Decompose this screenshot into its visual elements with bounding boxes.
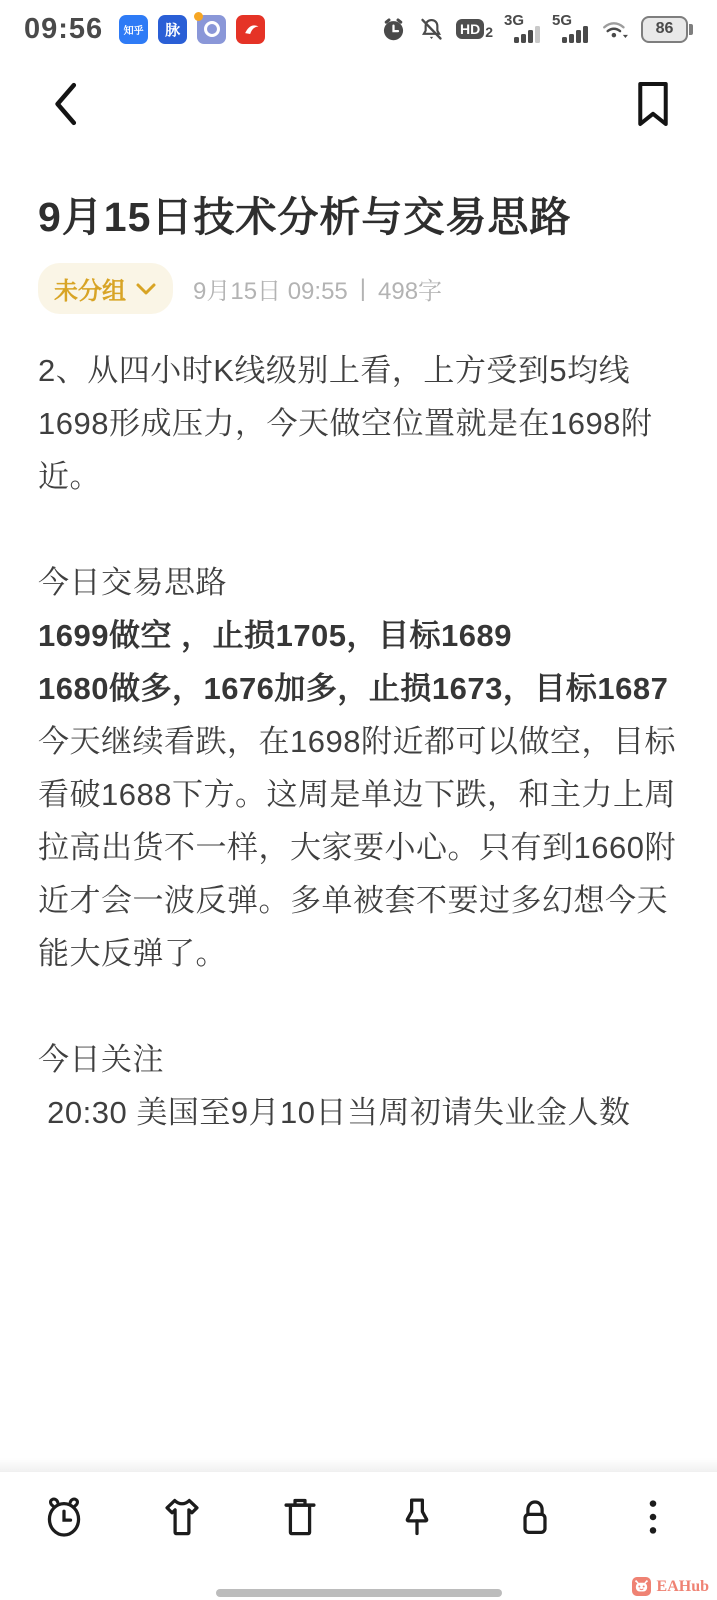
swoosh-glyph [241,19,261,39]
battery-level: 86 [641,16,688,43]
q-glyph [204,21,220,37]
pin-note-button[interactable] [393,1493,441,1541]
bottom-toolbar [0,1472,717,1562]
paragraph: 今天继续看跌，在1698附近都可以做空，目标看破1688下方。这周是单边下跌，和… [38,715,681,980]
battery-nub [689,24,693,35]
alarm-clock-icon [41,1494,87,1540]
category-tag-label: 未分组 [54,271,126,306]
back-button[interactable] [46,80,88,128]
paragraph: 今日关注 [38,1033,681,1086]
note-meta-text: 9月15日 09:55 | 498字 [193,271,442,306]
toolbar-divider-shadow [0,1458,717,1472]
delete-note-button[interactable] [276,1493,324,1541]
paragraph: 1680做多，1676加多，止损1673，目标1687 [38,662,681,715]
hd-badge: HD [456,19,484,39]
eahub-logo-icon [632,1577,651,1596]
mute-bell-icon [418,16,445,43]
bookmark-icon [633,80,673,128]
notification-dot [194,12,203,21]
watermark: EAHub [632,1577,709,1596]
paragraph: 1699做空 ，止损1705，目标1689 [38,609,681,662]
maimai-app-icon: 脉 [158,15,187,44]
pushpin-icon [394,1494,440,1540]
chevron-left-icon [46,80,88,128]
note-body[interactable]: 2、从四小时K线级别上看，上方受到5均线1698形成压力，今天做空位置就是在16… [38,344,681,1139]
q-app-icon [197,15,226,44]
hd-sub: 2 [485,25,493,39]
status-bar: 09:56 知乎 脉 [0,0,717,58]
zhihu-glyph: 知乎 [124,22,144,37]
watermark-label: EAHub [657,1578,709,1596]
phone-screen: 09:56 知乎 脉 [0,0,717,1600]
kebab-menu-icon [630,1494,676,1540]
signal-3g-bars [514,26,540,43]
zhihu-app-icon: 知乎 [119,15,148,44]
status-bar-right: HD 2 3G 5G 86 [380,12,693,46]
hd-voice-icon: HD 2 [456,19,493,39]
paragraph: 今日交易思路 [38,556,681,609]
bookmark-button[interactable] [633,80,673,128]
alarm-status-icon [380,16,407,43]
signal-3g: 3G [504,12,541,46]
tshirt-icon [159,1494,205,1540]
lock-note-button[interactable] [511,1493,559,1541]
chevron-down-icon [135,281,157,297]
signal-5g: 5G [552,12,589,46]
wifi-icon [600,16,630,43]
lock-icon [512,1494,558,1540]
home-indicator[interactable] [216,1589,502,1597]
alarm-reminder-button[interactable] [40,1493,88,1541]
paragraph: 2、从四小时K线级别上看，上方受到5均线1698形成压力，今天做空位置就是在16… [38,344,681,503]
theme-skin-button[interactable] [158,1493,206,1541]
note-word-count: 498字 [378,271,442,306]
battery-indicator: 86 [641,16,693,43]
signal-5g-bars [562,26,588,43]
notification-app-icons: 知乎 脉 [119,15,265,44]
meta-divider: | [360,275,366,303]
more-options-button[interactable] [629,1493,677,1541]
nav-bar [0,64,717,144]
red-app-icon [236,15,265,44]
clock-time: 09:56 [24,13,103,46]
maimai-glyph: 脉 [165,19,180,40]
trash-icon [277,1494,323,1540]
note-meta-row: 未分组 9月15日 09:55 | 498字 [38,263,681,314]
note-datetime: 9月15日 09:55 [193,271,348,306]
note-title: 9月15日技术分析与交易思路 [38,192,681,243]
category-tag-button[interactable]: 未分组 [38,263,173,314]
note-article: 9月15日技术分析与交易思路 未分组 9月15日 09:55 | 498字 2、… [38,192,681,1139]
paragraph: 20:30 美国至9月10日当周初请失业金人数 [38,1086,681,1139]
